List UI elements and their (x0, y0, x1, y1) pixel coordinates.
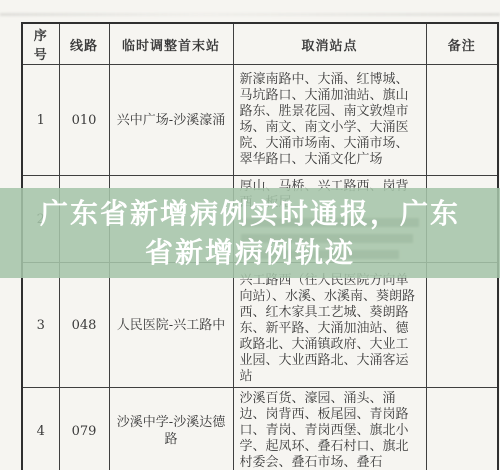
table-row: 1 010 兴中广场-沙溪濠涌 新濠南路中、大涌、红博城、马坑路口、大涌加油站、… (22, 65, 498, 176)
cell-route-line: 010 (59, 65, 109, 176)
header-serial-number: 序号 (22, 23, 59, 65)
header-remarks: 备注 (426, 23, 498, 65)
cell-cancelled-stops: 兴工路西（往人民医院方向单向站）、水溪、水溪南、葵朗路西、红木家具工艺城、葵朗路… (233, 263, 426, 388)
cell-remarks (426, 65, 498, 176)
scan-artifact-smudge (0, 13, 500, 16)
cell-route-line: 079 (59, 388, 109, 470)
cell-adjusted-terminals: 人民医院-兴工路中 (109, 263, 233, 388)
cell-route-line: 048 (59, 263, 109, 388)
cell-serial-number: 4 (22, 388, 59, 470)
overlay-banner: 广东省新增病例实时通报，广东省新增病例轨迹 (0, 188, 500, 278)
cell-adjusted-terminals: 兴中广场-沙溪濠涌 (109, 65, 233, 176)
cell-serial-number: 3 (22, 263, 59, 388)
cell-cancelled-stops: 沙溪百货、濠园、涌头、涌边、岗背西、板尾园、青岗路口、青岗、青岗西堡、旗北小学、… (233, 388, 426, 470)
table-row: 4 079 沙溪中学-沙溪达德路 沙溪百货、濠园、涌头、涌边、岗背西、板尾园、青… (22, 388, 498, 470)
banner-title: 广东省新增病例实时通报，广东省新增病例轨迹 (0, 194, 500, 272)
header-adjusted-terminals: 临时调整首末站 (109, 23, 233, 65)
cell-adjusted-terminals: 沙溪中学-沙溪达德路 (109, 388, 233, 470)
cell-serial-number: 1 (22, 65, 59, 176)
cell-remarks (426, 263, 498, 388)
cell-cancelled-stops: 新濠南路中、大涌、红博城、马坑路口、大涌加油站、旗山路东、胜景花园、南文敦煌市场… (233, 65, 426, 176)
header-cancelled-stops: 取消站点 (233, 23, 426, 65)
header-route-line: 线路 (59, 23, 109, 65)
cell-remarks (426, 388, 498, 470)
table-header-row: 序号 线路 临时调整首末站 取消站点 备注 (22, 23, 498, 65)
table-row: 3 048 人民医院-兴工路中 兴工路西（往人民医院方向单向站）、水溪、水溪南、… (22, 263, 498, 388)
